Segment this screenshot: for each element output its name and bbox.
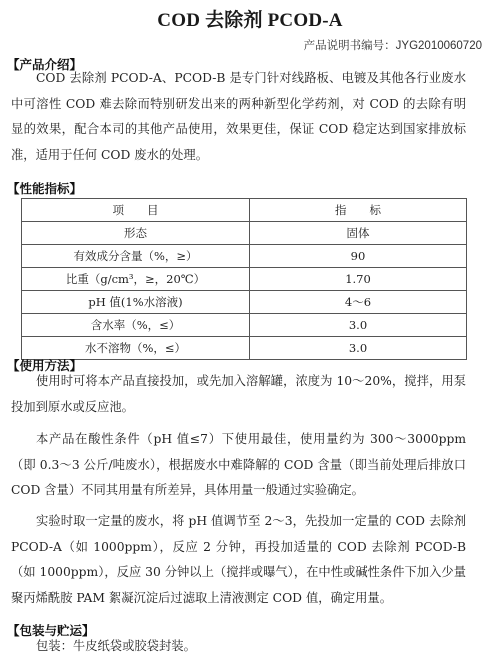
- spec-header-item: 项 目: [22, 199, 250, 222]
- spec-value: 4～6: [250, 291, 467, 314]
- usage-paragraph-1: 使用时可将本产品直接投加，或先加入溶解罐，浓度为 10～20%，搅拌，用泵投加到…: [11, 369, 466, 420]
- table-row: 形态 固体: [22, 222, 467, 245]
- usage-paragraph-3: 实验时取一定量的废水，将 pH 值调节至 2～3，先投加一定量的 COD 去除剂…: [11, 509, 466, 611]
- spec-item: 有效成分含量（%，≥）: [22, 245, 250, 268]
- spec-value: 3.0: [250, 314, 467, 337]
- doc-number: 产品说明书编号：JYG2010060720: [304, 37, 482, 53]
- intro-paragraph: COD 去除剂 PCOD-A、PCOD-B 是专门针对线路板、电镀及其他各行业废…: [11, 66, 466, 168]
- spec-header-value: 指 标: [250, 199, 467, 222]
- spec-item: pH 值(1%水溶液): [22, 291, 250, 314]
- table-row: 含水率（%，≤） 3.0: [22, 314, 467, 337]
- table-row: pH 值(1%水溶液) 4～6: [22, 291, 467, 314]
- spec-item: 含水率（%，≤）: [22, 314, 250, 337]
- usage-paragraph-2: 本产品在酸性条件（pH 值≤7）下使用最佳，使用量约为 300～3000ppm（…: [11, 427, 466, 504]
- spec-value: 90: [250, 245, 467, 268]
- doc-number-value: JYG2010060720: [396, 40, 482, 52]
- spec-table: 项 目 指 标 形态 固体 有效成分含量（%，≥） 90 比重（g/cm³，≥，…: [21, 198, 467, 360]
- spec-item: 比重（g/cm³，≥，20℃）: [22, 268, 250, 291]
- spec-table-header: 项 目 指 标: [22, 199, 467, 222]
- doc-number-label: 产品说明书编号：: [304, 38, 396, 52]
- section-heading-specs: 【性能指标】: [7, 179, 82, 197]
- spec-value: 1.70: [250, 268, 467, 291]
- table-row: 水不溶物（%，≤） 3.0: [22, 337, 467, 360]
- table-row: 有效成分含量（%，≥） 90: [22, 245, 467, 268]
- packaging-paragraph-1: 包装：牛皮纸袋或胶袋封装。: [11, 634, 466, 660]
- table-row: 比重（g/cm³，≥，20℃） 1.70: [22, 268, 467, 291]
- spec-value: 固体: [250, 222, 467, 245]
- spec-item: 形态: [22, 222, 250, 245]
- spec-value: 3.0: [250, 337, 467, 360]
- document-title: COD 去除剂 PCOD-A: [0, 5, 500, 32]
